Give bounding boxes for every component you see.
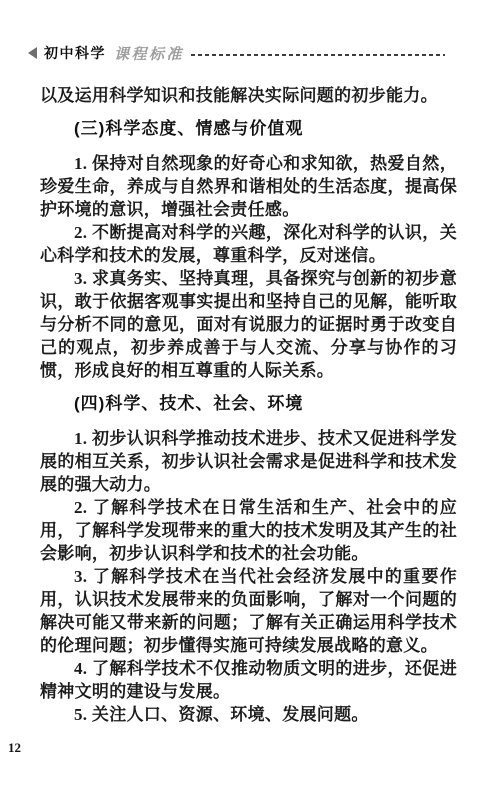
page-header: 初中科学 课程标准 [28, 44, 445, 62]
series-title: 课程标准 [114, 43, 184, 64]
list-item: 1. 保持对自然现象的好奇心和求知欲，热爱自然，珍爱生命，养成与自然界和谐相处的… [40, 152, 457, 221]
intro-paragraph: 以及运用科学知识和技能解决实际问题的初步能力。 [40, 84, 457, 107]
list-item: 2. 了解科学技术在日常生活和生产、社会中的应用，了解科学发现带来的重大的技术发… [40, 496, 457, 565]
list-item: 1. 初步认识科学推动技术进步、技术又促进科学发展的相互关系，初步认识社会需求是… [40, 427, 457, 496]
header-dotted-rule [191, 54, 445, 56]
section-heading-4: (四)科学、技术、社会、环境 [40, 392, 457, 415]
section-heading-3: (三)科学态度、情感与价值观 [40, 117, 457, 140]
document-page: 初中科学 课程标准 以及运用科学知识和技能解决实际问题的初步能力。 (三)科学态… [0, 0, 491, 795]
page-number: 12 [8, 740, 21, 756]
book-title: 初中科学 [44, 43, 106, 63]
list-item: 5. 关注人口、资源、环境、发展问题。 [40, 703, 457, 726]
left-triangle-icon [28, 47, 37, 59]
list-item: 3. 求真务实、坚持真理，具备探究与创新的初步意识，敢于依据客观事实提出和坚持自… [40, 267, 457, 382]
list-item: 3. 了解科学技术在当代社会经济发展中的重要作用，认识技术发展带来的负面影响，了… [40, 565, 457, 657]
list-item: 2. 不断提高对科学的兴趣，深化对科学的认识，关心科学和技术的发展，尊重科学，反… [40, 221, 457, 267]
page-body: 以及运用科学知识和技能解决实际问题的初步能力。 (三)科学态度、情感与价值观 1… [40, 84, 457, 726]
list-item: 4. 了解科学技术不仅推动物质文明的进步，还促进精神文明的建设与发展。 [40, 657, 457, 703]
